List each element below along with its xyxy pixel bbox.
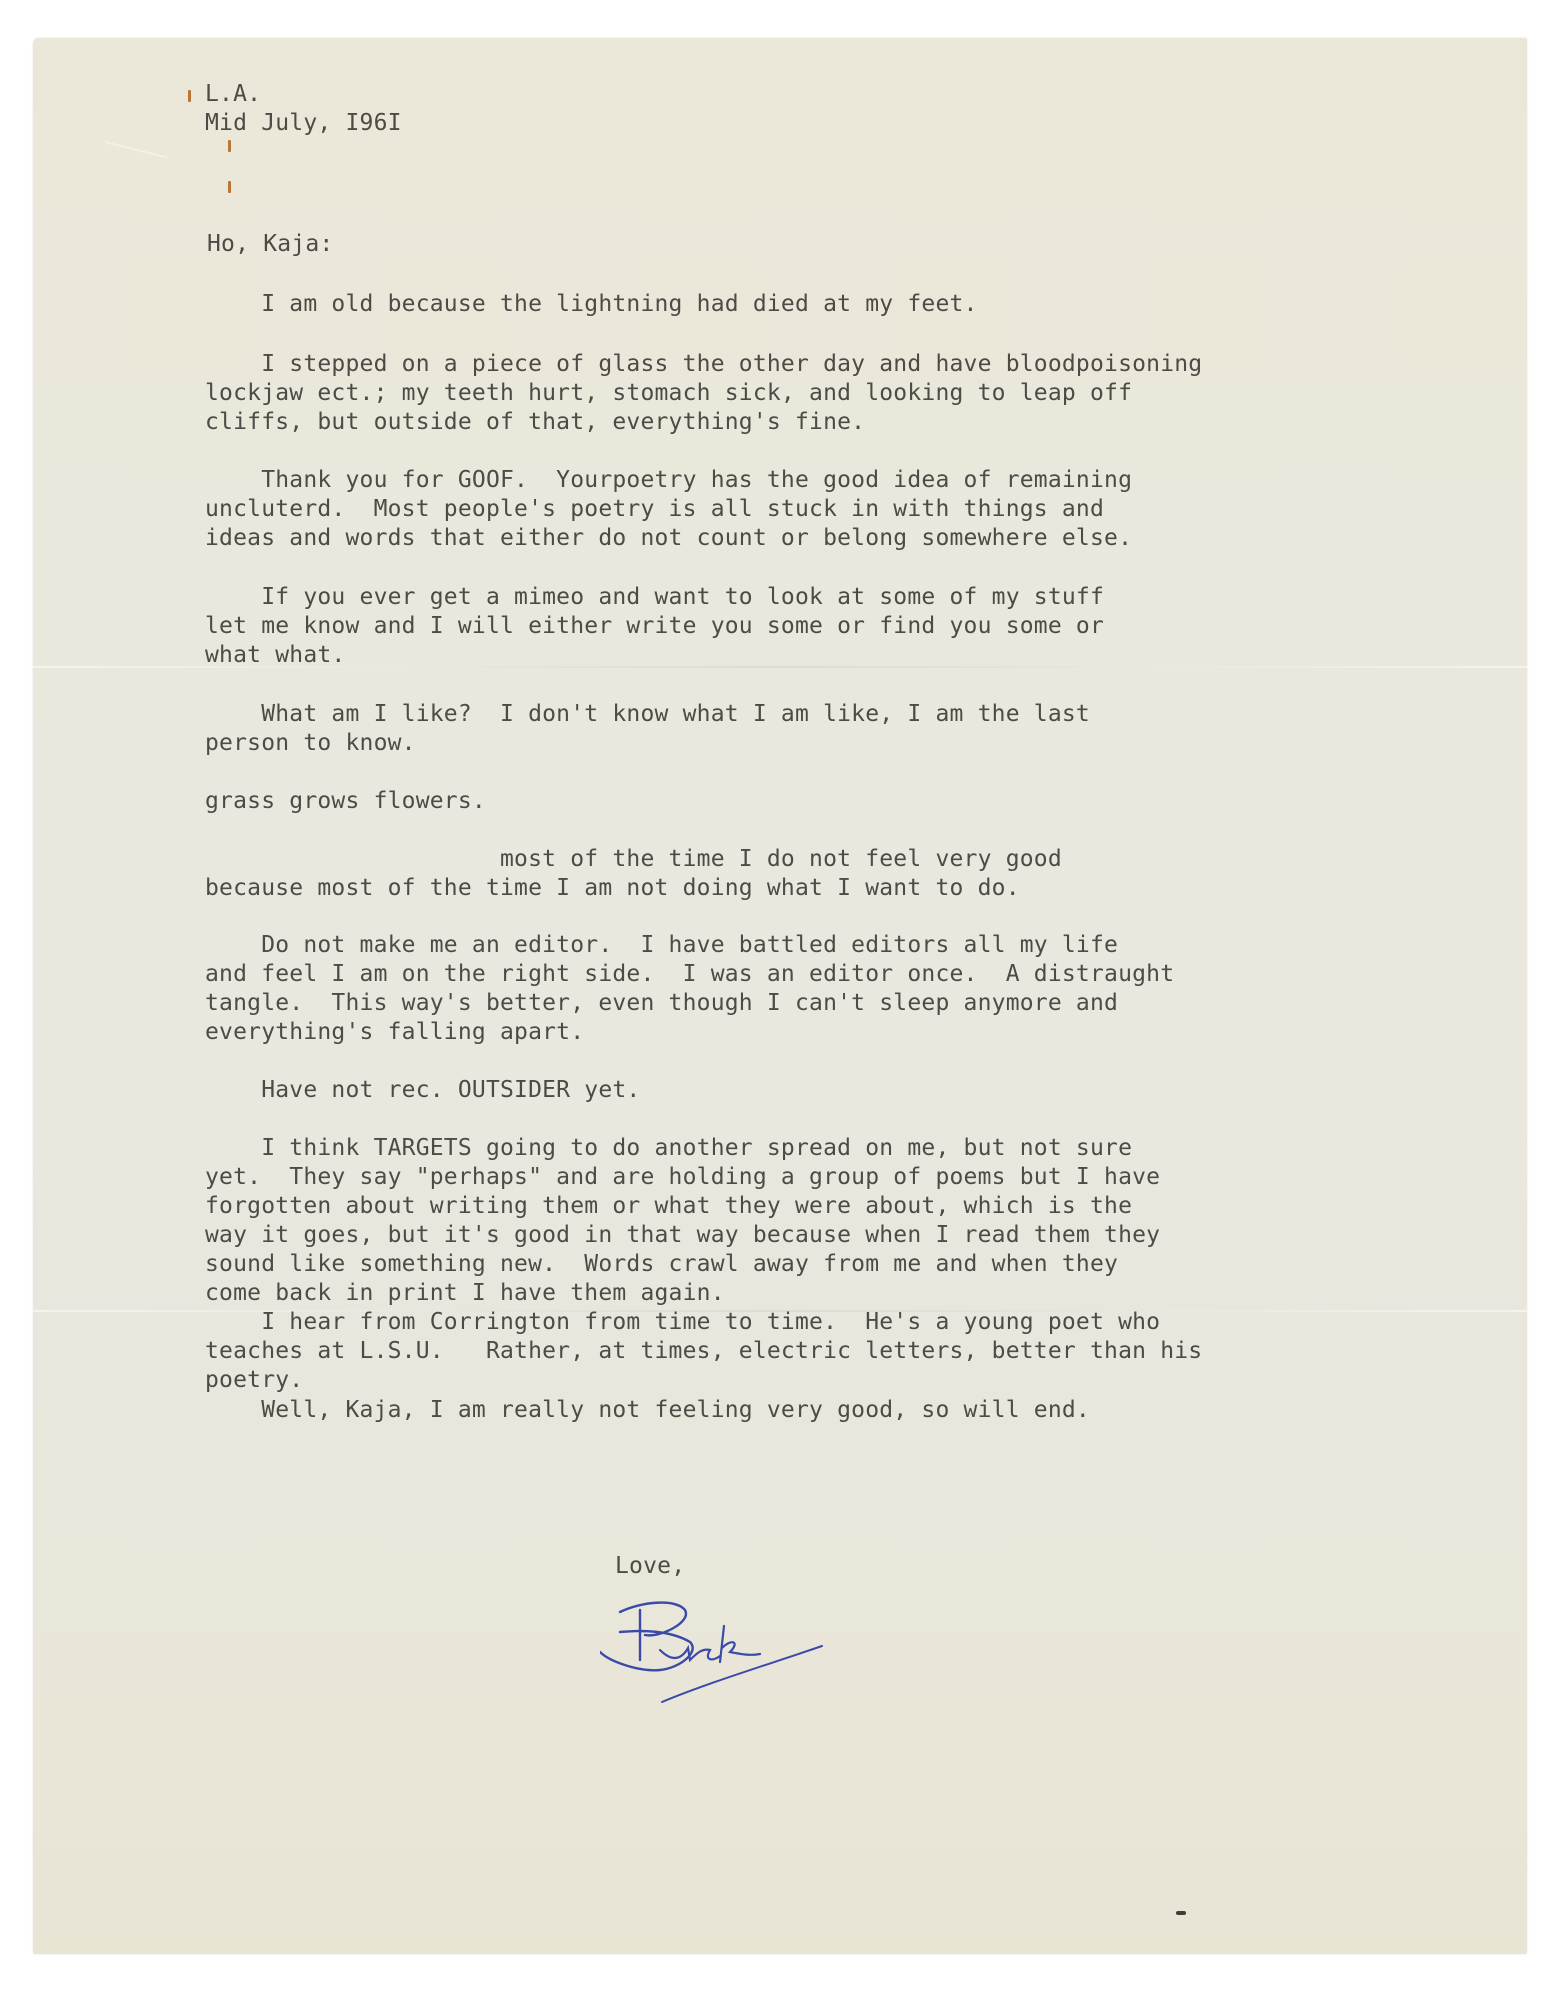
letter-line: Thank you for GOOF. Yourpoetry has the g…: [205, 466, 1132, 495]
letter-line: poetry.: [205, 1366, 303, 1395]
letter-line: tangle. This way's better, even though I…: [205, 989, 1118, 1018]
rust-mark: [228, 181, 231, 193]
letter-line: Have not rec. OUTSIDER yet.: [205, 1076, 640, 1105]
letter-line: What am I like? I don't know what I am l…: [205, 700, 1090, 729]
letter-line: most of the time I do not feel very good: [205, 845, 1062, 874]
letter-line: grass grows flowers.: [205, 787, 486, 816]
letter-place: L.A.: [205, 80, 261, 109]
letter-line: yet. They say "perhaps" and are holding …: [205, 1163, 1160, 1192]
letter-line: lockjaw ect.; my teeth hurt, stomach sic…: [205, 379, 1132, 408]
paper-crease: [105, 141, 168, 158]
letter-line: forgotten about writing them or what the…: [205, 1192, 1132, 1221]
letter-line: person to know.: [205, 729, 416, 758]
handwritten-signature: [600, 1590, 830, 1710]
letter-line: Do not make me an editor. I have battled…: [205, 931, 1118, 960]
letter-line: I think TARGETS going to do another spre…: [205, 1134, 1132, 1163]
letter-line: I stepped on a piece of glass the other …: [205, 350, 1202, 379]
letter-line: way it goes, but it's good in that way b…: [205, 1221, 1160, 1250]
rust-mark: [228, 140, 231, 152]
letter-line: I am old because the lightning had died …: [205, 290, 978, 319]
salutation: Ho, Kaja:: [207, 230, 333, 259]
letter-line: Well, Kaja, I am really not feeling very…: [205, 1396, 1090, 1425]
letter-line: let me know and I will either write you …: [205, 612, 1104, 641]
letter-line: uncluterd. Most people's poetry is all s…: [205, 495, 1104, 524]
letter-line: come back in print I have them again.: [205, 1279, 725, 1308]
rust-mark: [188, 90, 191, 102]
letter-date: Mid July, I96I: [205, 109, 402, 138]
letter-line: sound like something new. Words crawl aw…: [205, 1250, 1118, 1279]
letter-line: everything's falling apart.: [205, 1018, 584, 1047]
closing: Love,: [615, 1552, 685, 1581]
letter-line: and feel I am on the right side. I was a…: [205, 960, 1174, 989]
letter-line: teaches at L.S.U. Rather, at times, elec…: [205, 1337, 1202, 1366]
ink-speck: [1176, 1911, 1186, 1915]
letter-line: because most of the time I am not doing …: [205, 874, 1020, 903]
letter-line: I hear from Corrington from time to time…: [205, 1308, 1160, 1337]
letter-line: ideas and words that either do not count…: [205, 524, 1132, 553]
letter-line: cliffs, but outside of that, everything'…: [205, 408, 865, 437]
letter-line: what what.: [205, 641, 345, 670]
letter-line: If you ever get a mimeo and want to look…: [205, 583, 1104, 612]
